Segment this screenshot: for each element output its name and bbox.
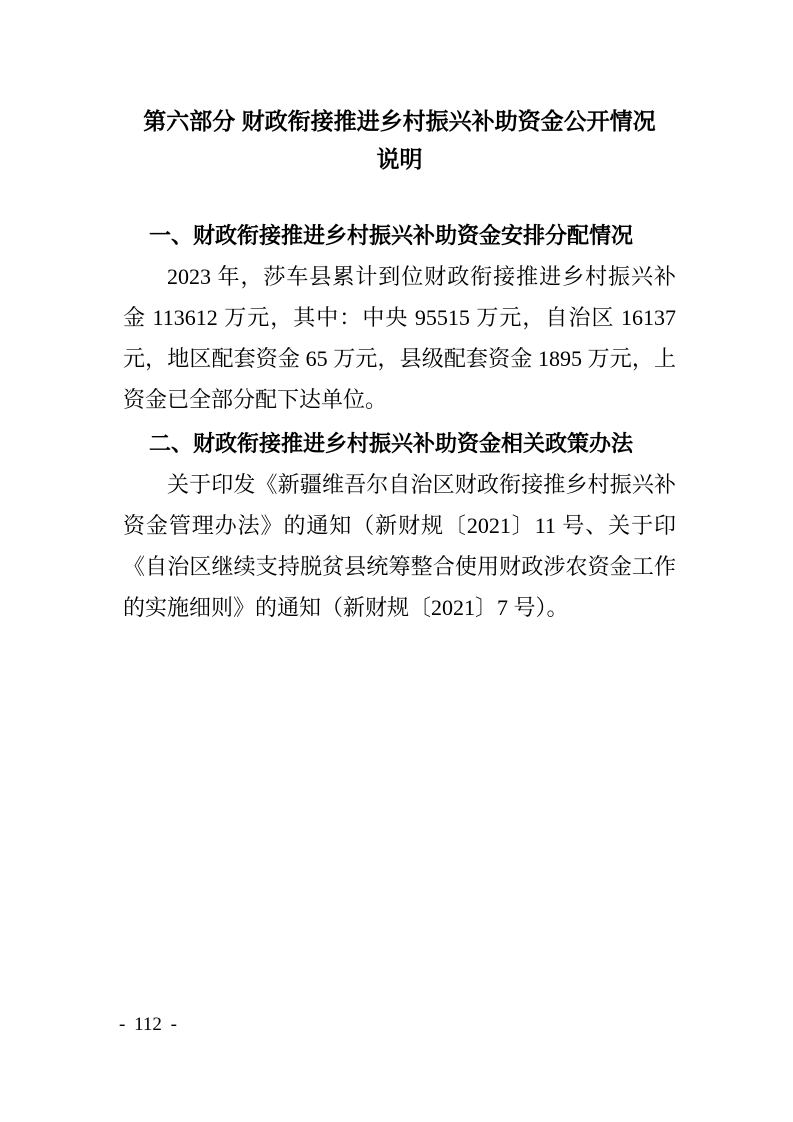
paragraph-line: 《自治区继续支持脱贫县统筹整合使用财政涉农资金工作 <box>123 546 676 587</box>
title-line-2: 说明 <box>123 140 676 178</box>
document-page: 第六部分 财政衔接推进乡村振兴补助资金公开情况 说明 一、财政衔接推进乡村振兴补… <box>0 0 793 1122</box>
paragraph-line: 关于印发《新疆维吾尔自治区财政衔接推乡村振兴补助 <box>123 464 676 505</box>
paragraph-line: 资金已全部分配下达单位。 <box>123 379 676 420</box>
section-2-paragraph: 关于印发《新疆维吾尔自治区财政衔接推乡村振兴补助 资金管理办法》的通知（新财规〔… <box>123 464 676 628</box>
section-1-paragraph: 2023 年，莎车县累计到位财政衔接推进乡村振兴补助资 金 113612 万元，… <box>123 256 676 420</box>
title-line-1: 第六部分 财政衔接推进乡村振兴补助资金公开情况 <box>123 102 676 140</box>
section-2-heading: 二、财政衔接推进乡村振兴补助资金相关政策办法 <box>123 423 676 464</box>
paragraph-line: 金 113612 万元，其中：中央 95515 万元，自治区 16137 万 <box>123 297 676 338</box>
section-1-heading: 一、财政衔接推进乡村振兴补助资金安排分配情况 <box>123 215 676 256</box>
document-title: 第六部分 财政衔接推进乡村振兴补助资金公开情况 说明 <box>123 102 676 178</box>
paragraph-line: 元，地区配套资金 65 万元，县级配套资金 1895 万元，上述 <box>123 338 676 379</box>
page-number: - 112 - <box>119 1014 177 1036</box>
document-body: 一、财政衔接推进乡村振兴补助资金安排分配情况 2023 年，莎车县累计到位财政衔… <box>123 215 676 628</box>
paragraph-line: 资金管理办法》的通知（新财规〔2021〕11 号、关于印发 <box>123 505 676 546</box>
paragraph-line: 的实施细则》的通知（新财规〔2021〕7 号）。 <box>123 587 676 628</box>
paragraph-line: 2023 年，莎车县累计到位财政衔接推进乡村振兴补助资 <box>123 256 676 297</box>
